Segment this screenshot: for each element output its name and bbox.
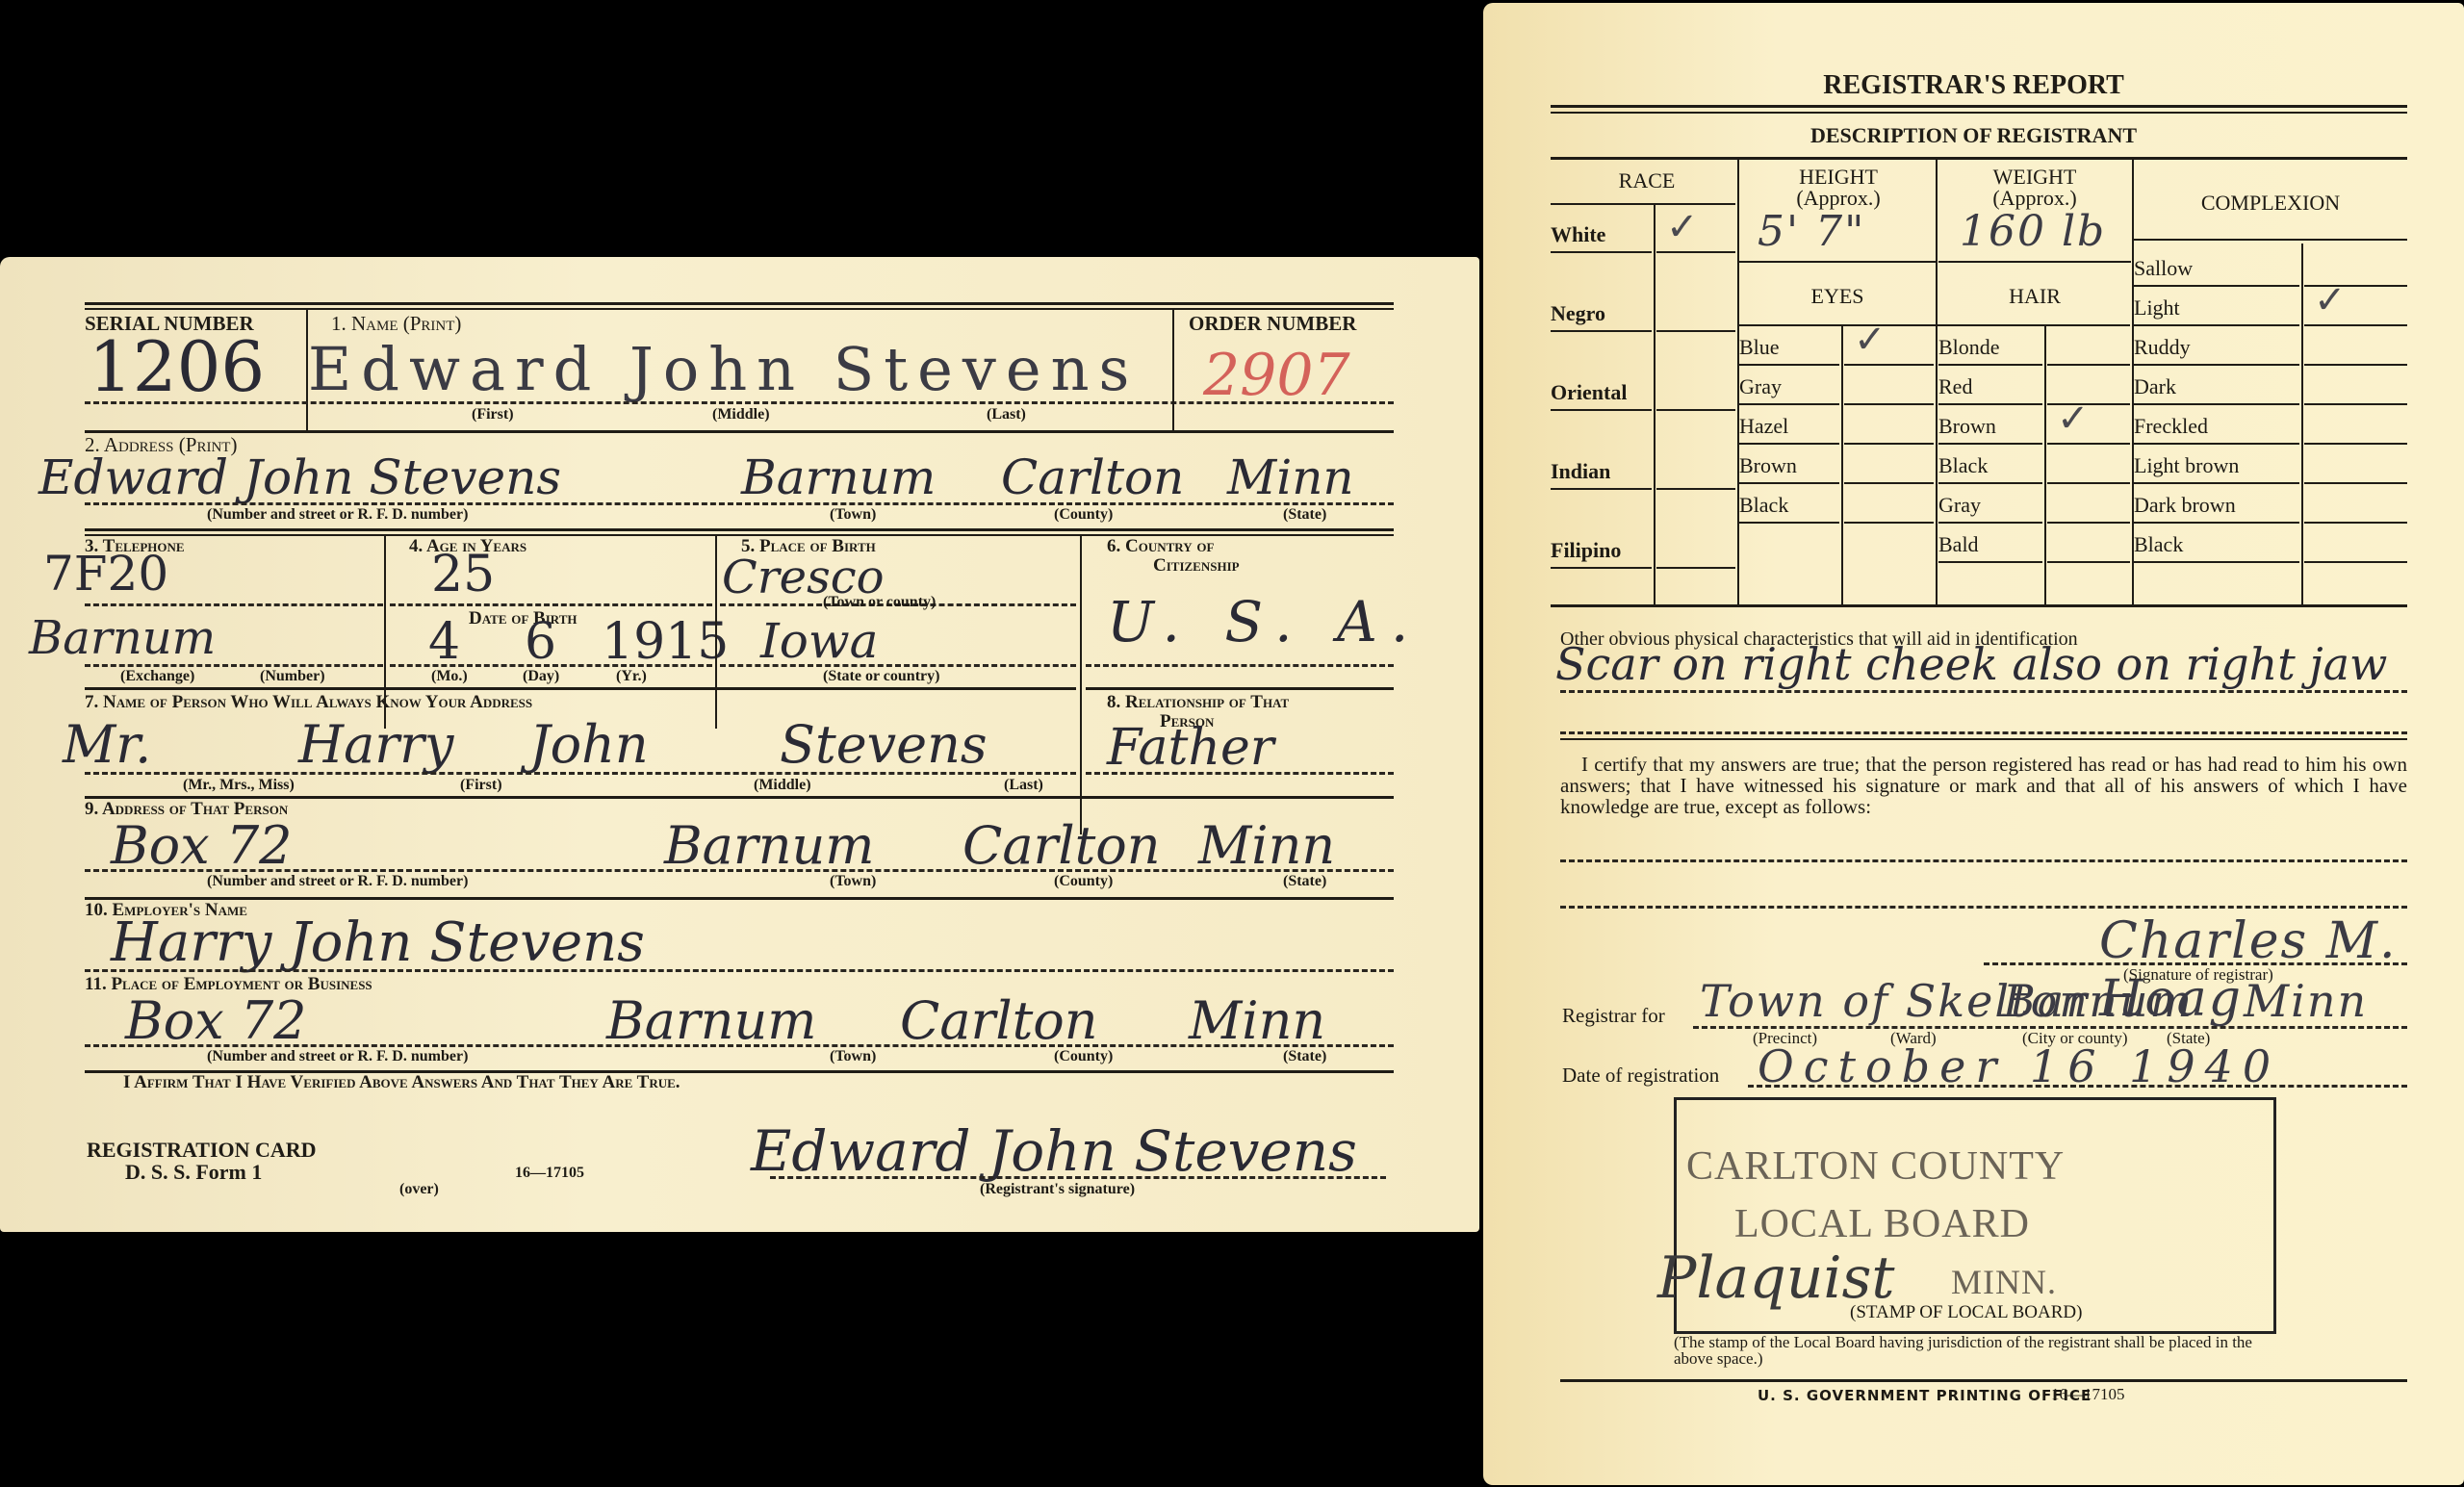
- complexion-option: Ruddy: [2134, 335, 2191, 360]
- checkbox-line[interactable]: [1656, 330, 1735, 332]
- employment-state-value: Minn: [1189, 990, 1325, 1051]
- serial-number-value: 1206: [89, 326, 265, 407]
- mo-label: (Mo.): [431, 668, 468, 685]
- hair-option: Red: [1938, 374, 1972, 399]
- contact-person-label: 7. Name of Person Who Will Always Know Y…: [85, 692, 532, 713]
- last-label: (Last): [987, 406, 1026, 423]
- race-option: Oriental: [1551, 380, 1627, 405]
- stamp-line-3: MINN.: [1951, 1262, 2057, 1302]
- complexion-header: COMPLEXION: [2134, 191, 2407, 216]
- hair-header: HAIR: [1938, 284, 2131, 309]
- checkbox-line[interactable]: [2304, 522, 2407, 524]
- divider: [1936, 160, 1938, 604]
- divider: [1938, 403, 2042, 405]
- relationship-value: Father: [1107, 719, 1274, 777]
- divider: [1172, 310, 1174, 430]
- check-mark-icon: ✓: [1854, 318, 1886, 362]
- divider: [2044, 325, 2046, 604]
- checkbox-line[interactable]: [2304, 561, 2407, 563]
- divider: [390, 603, 712, 606]
- divider: [1560, 906, 2407, 909]
- race-option: Filipino: [1551, 538, 1621, 563]
- divider: [85, 302, 1394, 305]
- checkbox-line[interactable]: [1844, 522, 1934, 524]
- divider: [1739, 443, 1839, 445]
- height-value: 5' 7": [1758, 207, 1865, 256]
- state-label: (State): [1283, 1048, 1326, 1065]
- hair-option: Black: [1938, 453, 1988, 478]
- address-street-value: Edward John Stevens: [38, 449, 561, 505]
- report-subtitle: DESCRIPTION OF REGISTRANT: [1483, 123, 2464, 148]
- divider: [1560, 690, 2407, 693]
- local-board-stamp-box: CARLTON COUNTY LOCAL BOARD MINN. (STAMP …: [1674, 1097, 2276, 1334]
- race-header: RACE: [1551, 168, 1743, 193]
- divider: [1938, 482, 2042, 484]
- checkbox-line[interactable]: [1844, 482, 1934, 484]
- name-value: Edward John Stevens: [308, 334, 1139, 404]
- first-label: (First): [472, 406, 514, 423]
- checkbox-line[interactable]: [1656, 567, 1735, 569]
- order-number-label: ORDER NUMBER: [1189, 312, 1356, 336]
- divider: [1086, 687, 1394, 690]
- citizenship-label: 6. Country of: [1107, 536, 1214, 557]
- county-label: (County): [1054, 873, 1113, 890]
- divider: [1551, 157, 2407, 160]
- complexion-option: Light: [2134, 295, 2180, 320]
- divider: [2134, 522, 2299, 524]
- divider: [2134, 561, 2299, 563]
- eye-option: Black: [1739, 493, 1788, 518]
- divider: [1551, 488, 1652, 490]
- divider: [1551, 330, 1652, 332]
- divider: [1938, 443, 2042, 445]
- divider: [1086, 664, 1394, 667]
- state-label: (State): [1283, 506, 1326, 524]
- divider: [85, 528, 1394, 531]
- divider: [2134, 239, 2407, 241]
- divider: [1560, 731, 2407, 734]
- divider: [1551, 604, 2407, 607]
- race-option: White: [1551, 222, 1605, 247]
- checkbox-line[interactable]: [2304, 482, 2407, 484]
- divider: [1938, 561, 2042, 563]
- contact-street-value: Box 72: [111, 815, 293, 876]
- weight-header-sub: (Approx.): [1938, 188, 2131, 209]
- checkbox-line[interactable]: [1656, 409, 1735, 411]
- contact-last-value: Stevens: [780, 714, 988, 775]
- number-label: (Number): [260, 668, 325, 685]
- over-label: (over): [399, 1181, 439, 1198]
- divider: [1938, 364, 2042, 366]
- divider: [1739, 324, 2130, 326]
- divider: [2134, 443, 2299, 445]
- middle-label: (Middle): [712, 406, 770, 423]
- contact-county-value: Carlton: [962, 815, 1161, 876]
- divider: [1938, 522, 2042, 524]
- town-label: (Town): [830, 1048, 876, 1065]
- divider: [1560, 859, 2407, 862]
- birth-state-value: Iowa: [760, 613, 878, 669]
- number-street-label: (Number and street or R. F. D. number): [207, 873, 468, 890]
- divider: [2134, 324, 2299, 326]
- height-header-sub: (Approx.): [1739, 188, 1938, 209]
- eye-option: Gray: [1739, 374, 1782, 399]
- registrar-for-label: Registrar for: [1562, 1004, 1665, 1028]
- divider: [1739, 261, 1936, 263]
- divider: [1739, 403, 1839, 405]
- checkbox-line[interactable]: [2047, 482, 2130, 484]
- check-mark-icon: ✓: [1666, 205, 1699, 249]
- town-label: (Town): [830, 506, 876, 524]
- checkbox-line[interactable]: [1656, 251, 1735, 253]
- height-header: HEIGHT (Approx.): [1739, 167, 1938, 209]
- name-label: 1. Name (Print): [331, 312, 461, 336]
- divider: [1739, 364, 1839, 366]
- address-underline: [85, 502, 1394, 505]
- checkbox-line[interactable]: [2304, 443, 2407, 445]
- eye-option: Brown: [1739, 453, 1797, 478]
- divider: [1938, 261, 2131, 263]
- divider: [720, 664, 1076, 667]
- citizenship-label-line2: Citizenship: [1153, 555, 1240, 577]
- divider: [1551, 251, 1652, 253]
- divider: [85, 1044, 1394, 1047]
- name-underline: [85, 401, 1394, 404]
- contact-state-value: Minn: [1198, 815, 1335, 876]
- divider: [85, 897, 1394, 900]
- weight-value: 160 lb: [1960, 207, 2106, 256]
- contact-town-value: Barnum: [664, 815, 874, 876]
- divider: [85, 687, 1076, 690]
- stamp-note: (The stamp of the Local Board having jur…: [1674, 1334, 2271, 1367]
- divider: [2134, 364, 2299, 366]
- divider: [85, 664, 383, 667]
- checkbox-line[interactable]: [2047, 522, 2130, 524]
- complexion-option: Freckled: [2134, 414, 2208, 439]
- registrar-city-value: Barnum: [2003, 975, 2194, 1027]
- divider: [1841, 325, 1843, 604]
- registrant-signature-label: (Registrant's signature): [980, 1181, 1135, 1198]
- complexion-option: Dark: [2134, 374, 2176, 399]
- race-option: Indian: [1551, 459, 1610, 484]
- address-state-value: Minn: [1227, 449, 1354, 505]
- check-mark-icon: ✓: [2314, 278, 2347, 322]
- checkbox-line[interactable]: [1844, 364, 1934, 366]
- form-code: 16—17105: [515, 1165, 584, 1182]
- hair-option: Blonde: [1938, 335, 2000, 360]
- divider: [85, 772, 1076, 775]
- checkbox-line[interactable]: [2304, 324, 2407, 326]
- other-characteristics-value: Scar on right cheek also on right jaw: [1555, 638, 2387, 690]
- divider: [2134, 285, 2299, 287]
- hair-option: Gray: [1938, 493, 1981, 518]
- checkbox-line[interactable]: [1656, 488, 1735, 490]
- exchange-label: (Exchange): [120, 668, 194, 685]
- number-street-label: (Number and street or R. F. D. number): [207, 506, 468, 524]
- height-header-label: HEIGHT: [1739, 167, 1938, 188]
- address-town-value: Barnum: [741, 449, 936, 505]
- divider: [2301, 244, 2303, 604]
- divider: [85, 969, 1394, 972]
- divider: [1560, 1379, 2407, 1382]
- divider: [1748, 1085, 2407, 1088]
- weight-header: WEIGHT (Approx.): [1938, 167, 2131, 209]
- form-number: D. S. S. Form 1: [125, 1160, 262, 1185]
- complexion-option: Sallow: [2134, 256, 2193, 281]
- checkbox-line[interactable]: [2304, 364, 2407, 366]
- hair-option: Brown: [1938, 414, 1996, 439]
- dob-year-value: 1915: [602, 613, 729, 671]
- employment-town-value: Barnum: [606, 990, 816, 1051]
- check-mark-icon: ✓: [2057, 397, 2090, 441]
- employer-value: Harry John Stevens: [111, 911, 645, 974]
- divider: [1551, 409, 1652, 411]
- divider: [390, 664, 712, 667]
- registrars-report-back: REGISTRAR'S REPORT DESCRIPTION OF REGIST…: [1483, 3, 2464, 1485]
- registrar-state-value: Minn: [2244, 975, 2368, 1027]
- age-value: 25: [431, 546, 495, 603]
- divider: [1080, 536, 1082, 834]
- divider: [1551, 203, 1735, 205]
- checkbox-line[interactable]: [1844, 403, 1934, 405]
- checkbox-line[interactable]: [2304, 403, 2407, 405]
- stamp-line-2: LOCAL BOARD: [1734, 1201, 2030, 1247]
- divider: [85, 603, 383, 606]
- divider: [1551, 567, 1652, 569]
- divider: [85, 308, 1394, 310]
- county-label: (County): [1054, 506, 1113, 524]
- report-title: REGISTRAR'S REPORT: [1483, 70, 2464, 101]
- checkbox-line[interactable]: [2047, 561, 2130, 563]
- race-option: Negro: [1551, 301, 1605, 326]
- complexion-option: Dark brown: [2134, 493, 2236, 518]
- yr-label: (Yr.): [616, 668, 647, 685]
- dob-month-value: 4: [428, 613, 460, 671]
- contact-salutation-value: Mr.: [63, 714, 151, 775]
- divider: [715, 536, 717, 729]
- footer-code: 16—17105: [2051, 1385, 2125, 1404]
- contact-last-label: (Last): [1004, 777, 1043, 794]
- footer-printer: U. S. GOVERNMENT PRINTING OFFICE: [1758, 1387, 2092, 1404]
- eye-option: Blue: [1739, 335, 1780, 360]
- contact-middle-value: John: [529, 714, 649, 775]
- complexion-option: Light brown: [2134, 453, 2239, 478]
- eyes-header: EYES: [1739, 284, 1936, 309]
- town-or-county-label: (Town or county): [823, 594, 936, 611]
- divider: [1654, 205, 1655, 604]
- contact-middle-label: (Middle): [754, 777, 811, 794]
- citizenship-value: U. S. A.: [1107, 589, 1422, 654]
- divider: [1739, 482, 1839, 484]
- employment-street-value: Box 72: [125, 990, 307, 1051]
- order-number-value: 2907: [1203, 342, 1350, 409]
- date-of-registration-label: Date of registration: [1562, 1064, 1719, 1088]
- state-label: (State): [1283, 873, 1326, 890]
- registrant-signature: Edward John Stevens: [751, 1118, 1357, 1184]
- divider: [85, 869, 1394, 872]
- checkbox-line[interactable]: [2047, 443, 2130, 445]
- employment-county-value: Carlton: [900, 990, 1098, 1051]
- contact-first-label: (First): [460, 777, 502, 794]
- divider: [2134, 403, 2299, 405]
- divider: [1560, 738, 2407, 740]
- town-label: (Town): [830, 873, 876, 890]
- divider: [1551, 112, 2407, 114]
- divider: [1551, 105, 2407, 108]
- salutation-label: (Mr., Mrs., Miss): [183, 777, 295, 794]
- contact-first-value: Harry: [298, 714, 453, 775]
- hair-option: Bald: [1938, 532, 1979, 557]
- telephone-exchange-value: Barnum: [29, 611, 216, 665]
- divider: [1086, 772, 1394, 775]
- checkbox-line[interactable]: [2047, 364, 2130, 366]
- stamp-line-1: CARLTON COUNTY: [1686, 1143, 2065, 1190]
- certification-text: I certify that my answers are true; that…: [1560, 754, 2407, 817]
- divider: [2134, 482, 2299, 484]
- day-label: (Day): [523, 668, 559, 685]
- stamp-signature: Plaquist: [1657, 1244, 1894, 1312]
- state-or-country-label: (State or country): [823, 668, 939, 685]
- checkbox-line[interactable]: [1844, 443, 1934, 445]
- divider: [85, 430, 1394, 433]
- county-label: (County): [1054, 1048, 1113, 1065]
- number-street-label: (Number and street or R. F. D. number): [207, 1048, 468, 1065]
- eye-option: Hazel: [1739, 414, 1788, 439]
- signature-line: [770, 1176, 1386, 1179]
- date-of-birth-label: Date of Birth: [469, 608, 577, 629]
- complexion-option: Black: [2134, 532, 2183, 557]
- divider: [1739, 522, 1839, 524]
- telephone-value: 7F20: [43, 546, 168, 602]
- relationship-label: 8. Relationship of That: [1107, 692, 1289, 713]
- weight-header-label: WEIGHT: [1938, 167, 2131, 188]
- affirmation-text: I Affirm That I Have Verified Above Answ…: [123, 1072, 680, 1093]
- dob-day-value: 6: [525, 613, 556, 671]
- registration-card-front: SERIAL NUMBER 1206 1. Name (Print) Edwar…: [0, 257, 1479, 1232]
- address-county-value: Carlton: [1001, 449, 1184, 505]
